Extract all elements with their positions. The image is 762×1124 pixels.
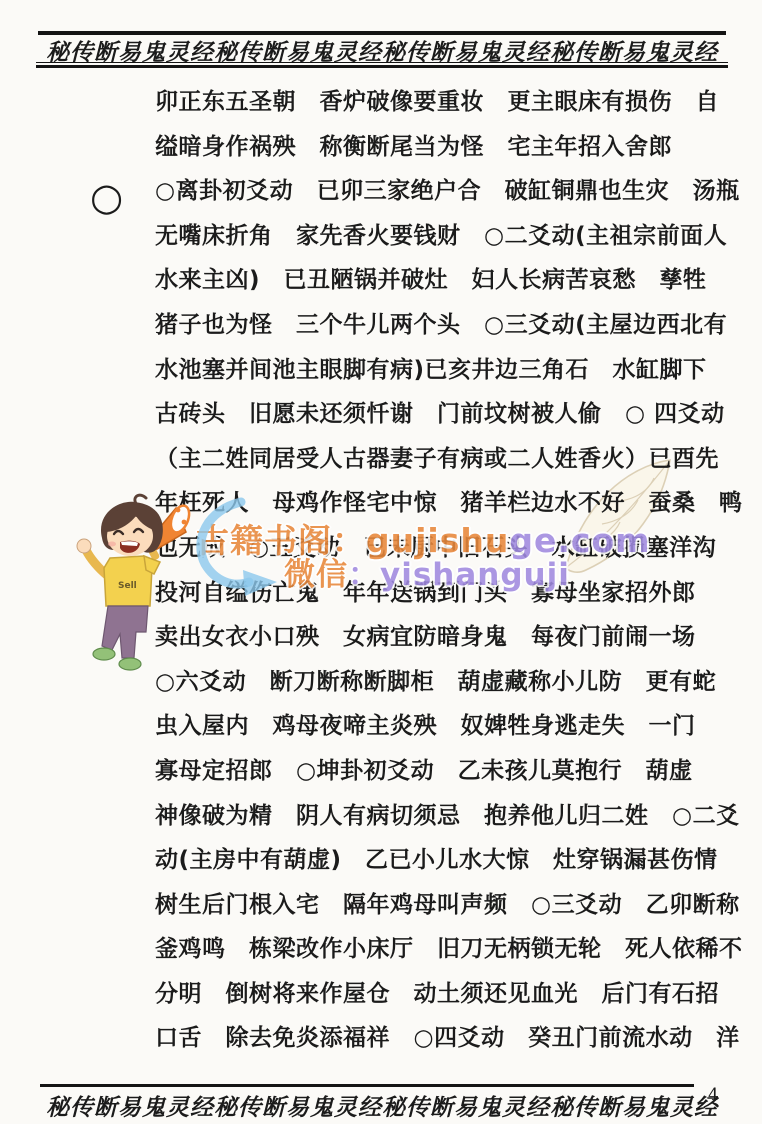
footer-title: 秘传断易鬼灵经 — [550, 1089, 718, 1122]
mascot-shoe — [119, 658, 141, 670]
text-line: 虫入屋内 鸡母夜啼主炎殃 奴婢牲身逃走失 一门 — [155, 704, 739, 749]
text-line: 无嘴床折角 家先香火要钱财 ○二爻动(主祖宗前面人 — [155, 214, 739, 259]
text-line: ○六爻动 断刀断称断脚柜 葫虚藏称小儿防 更有蛇 — [155, 660, 739, 705]
text-line: 口舌 除去免炎添福祥 ○四爻动 癸丑门前流水动 洋 — [155, 1016, 739, 1061]
footer-running-title: 秘传断易鬼灵经 秘传断易鬼灵经 秘传断易鬼灵经 秘传断易鬼灵经 — [46, 1089, 706, 1122]
footer-title: 秘传断易鬼灵经 — [382, 1089, 550, 1122]
scanned-book-page: { "header": { "titles": ["秘传断易鬼灵经", "秘传断… — [0, 0, 762, 1124]
text-line: 寡母定招郎 ○坤卦初爻动 乙未孩儿莫抱行 葫虚 — [155, 749, 739, 794]
footer-title: 秘传断易鬼灵经 — [46, 1089, 214, 1122]
text-line: 卯正东五圣朝 香炉破像要重妆 更主眼床有损伤 自 — [155, 80, 739, 125]
text-line: 树生后门根入宅 隔年鸡母叫声频 ○三爻动 乙卯断称 — [155, 883, 739, 928]
text-line: 古砖头 旧愿未还须忏谢 门前坟树被人偷 ○ 四爻动 — [155, 392, 739, 437]
text-line: 水来主凶) 已丑陋锅并破灶 妇人长病苦哀愁 孳牲 — [155, 258, 739, 303]
text-line: 缢暗身作祸殃 称衡断尾当为怪 宅主年招入舍郎 — [155, 125, 739, 170]
header-bottom-rule-thick — [36, 65, 728, 68]
mascot-shoe — [93, 648, 115, 660]
text-line: 分明 倒树将来作屋仓 动土须还见血光 后门有石招 — [155, 972, 739, 1017]
text-line: （主二姓同居受人古器妻子有病或二人姓香火）已酉先 — [155, 437, 739, 482]
text-line: 釜鸡鸣 栋梁改作小床厅 旧刀无柄锁无轮 死人依稀不 — [155, 927, 739, 972]
text-line: ○离卦初爻动 已卯三家绝户合 破缸铜鼎也生灾 汤瓶 — [155, 169, 739, 214]
mascot-shirt-text: Sell — [118, 581, 137, 591]
header-bottom-rule-thin — [36, 62, 728, 63]
text-line: 动(主房中有葫虚) 乙已小儿水大惊 灶穿锅漏甚伤情 — [155, 838, 739, 883]
watermark-site-domain: ge.com — [509, 521, 650, 560]
footer-title: 秘传断易鬼灵经 — [214, 1089, 382, 1122]
margin-circle-marker: ○ — [90, 178, 123, 216]
footer-rule — [40, 1084, 694, 1087]
mascot-hand — [77, 539, 91, 553]
watermark-wechat-line: 微信：yishanguji — [284, 559, 651, 592]
watermark-wechat-label: 微信 — [284, 557, 348, 593]
watermark-wechat-id: ：yishanguji — [348, 557, 570, 593]
text-line: 猪子也为怪 三个牛儿两个头 ○三爻动(主屋边西北有 — [155, 303, 739, 348]
text-line: 神像破为精 阴人有病切须忌 抱养他儿归二姓 ○二爻 — [155, 794, 739, 839]
mascot-illustration: Sell — [74, 492, 206, 678]
text-line: 卖出女衣小口殃 女病宜防暗身鬼 每夜门前闹一场 — [155, 615, 739, 660]
text-line: 水池塞并间池主眼脚有病)已亥井边三角石 水缸脚下 — [155, 348, 739, 393]
page-number: 4 — [708, 1085, 719, 1105]
